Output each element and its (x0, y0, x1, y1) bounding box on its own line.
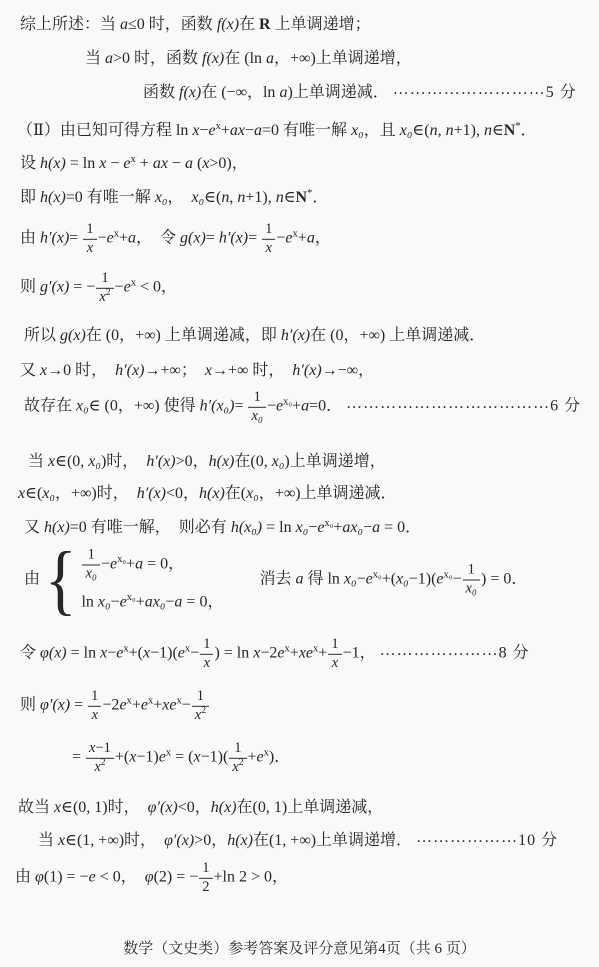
formula-line-9: 所以 g(x)在 (0，+∞) 上单调递减，即 h′(x)在 (0，+∞) 上单… (24, 325, 485, 347)
score-mark: 5 分 (546, 84, 577, 101)
equation-system: {1x₀−ex₀+a = 0，ln x₀−ex₀+ax₀−a = 0， (42, 547, 223, 614)
page-footer: 数学（文史类）参考答案及评分意见第4页（共 6 页） (0, 937, 599, 958)
formula-line-14: 又 h(x)=0 有唯一解， 则必有 h(x₀) = ln x₀−ex₀+ax₀… (24, 517, 421, 539)
fraction: 1x (262, 221, 275, 257)
dotted-leader: ……………………… (393, 81, 546, 98)
fraction: 1x (83, 221, 96, 257)
formula-line-18: = x−1x2+(x−1)ex = (x−1)(1x2+ex)． (72, 740, 290, 776)
fraction: 1x2 (229, 740, 246, 776)
formula-line-4: （Ⅱ）由已知可得方程 ln x−ex+ax−a=0 有唯一解 x₀，且 x₀∈(… (17, 120, 537, 142)
formula-line-2: 当 a>0 时，函数 f(x)在 (ln a，+∞)上单调递增， (85, 48, 412, 70)
formula-line-12: 当 x∈(0, x₀)时， h′(x)>0，h(x)在(0, x₀)上单调递增， (28, 451, 386, 473)
formula-line-1: 综上所述：当 a≤0 时，函数 f(x)在 R 上单调递增； (20, 14, 371, 36)
dotted-leader: ………………… (380, 642, 499, 659)
formula-line-21: 由 φ(1) = −e < 0， φ(2) = −12+ln 2 > 0， (15, 860, 288, 896)
fraction: 1x (328, 636, 341, 672)
answer-sheet-page: 综上所述：当 a≤0 时，函数 f(x)在 R 上单调递增；当 a>0 时，函数… (0, 0, 599, 967)
formula-line-19: 故当 x∈(0, 1)时， φ′(x)<0，h(x)在(0, 1)上单调递减， (18, 797, 383, 819)
fraction: x−1x2 (86, 740, 114, 776)
formula-line-17: 则 φ′(x) = 1x−2ex+ex+xex−1x2 (20, 688, 210, 724)
formula-line-7: 由 h′(x)= 1x−ex+a， 令 g(x)= h′(x)= 1x−ex+a… (20, 221, 331, 257)
dotted-leader: ……………………………… (346, 395, 550, 412)
formula-line-11: 故存在 x₀∈ (0，+∞) 使得 h′(x₀)= 1x₀−ex₀+a=0． …… (24, 389, 581, 425)
dotted-leader: ……………… (416, 829, 518, 846)
fraction: 1x (200, 636, 213, 672)
formula-line-10: 又 x→0 时， h′(x)→+∞； x→+∞ 时， h′(x)→−∞， (20, 360, 374, 382)
formula-line-20: 当 x∈(1, +∞)时， φ′(x)>0，h(x)在(1, +∞)上单调递增．… (38, 830, 558, 852)
fraction: 1x2 (96, 270, 113, 306)
formula-line-15: 由{1x₀−ex₀+a = 0，ln x₀−ex₀+ax₀−a = 0，消去 a… (24, 547, 527, 614)
cases-brace: { (45, 547, 77, 613)
fraction: 1x (88, 688, 101, 724)
formula-line-3: 函数 f(x)在 (−∞，ln a)上单调递减． ………………………5 分 (143, 82, 577, 104)
score-mark: 8 分 (499, 645, 530, 662)
formula-line-13: x∈(x₀，+∞)时， h′(x)<0，h(x)在(x₀，+∞)上单调递减． (18, 483, 397, 505)
formula-line-8: 则 g′(x) = −1x2−ex < 0， (20, 270, 177, 306)
formula-line-16: 令 φ(x) = ln x−ex+(x−1)(ex−1x) = ln x−2ex… (20, 636, 530, 672)
score-mark: 10 分 (518, 832, 558, 849)
fraction: 1x₀ (248, 389, 265, 425)
formula-line-6: 即 h(x)=0 有唯一解 x₀， x₀∈(n, n+1), n∈N*． (20, 187, 328, 209)
formula-line-5: 设 h(x) = ln x − ex + ax − a (x>0)， (20, 153, 248, 175)
fraction: 1x2 (192, 688, 209, 724)
score-mark: 6 分 (550, 398, 581, 415)
fraction: 1x₀ (82, 547, 99, 583)
fraction: 1x₀ (463, 562, 480, 598)
fraction: 12 (199, 860, 212, 896)
